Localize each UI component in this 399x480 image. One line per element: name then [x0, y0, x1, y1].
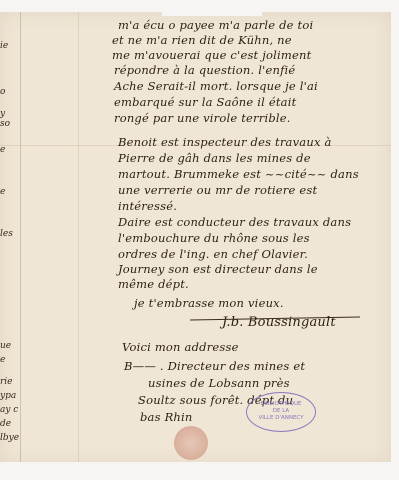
margin-fragment: e: [0, 146, 5, 155]
stamp-line: VILLE D'ANNECY: [247, 415, 315, 422]
margin-fragment: de: [0, 420, 11, 429]
address-intro: Voici mon addresse: [122, 340, 239, 354]
margin-fragment: o: [0, 88, 5, 97]
margin-fragment: ie: [0, 42, 8, 51]
address-line: usines de Lobsann près: [148, 376, 290, 390]
letter-line: rongé par une virole terrible.: [114, 111, 291, 125]
closing-line: je t'embrasse mon vieux.: [134, 296, 284, 310]
letter-line: et ne m'a rien dit de Kühn, ne: [112, 33, 292, 47]
fold-line-vertical-secondary: [78, 12, 79, 464]
wax-seal-mark: [174, 426, 208, 460]
stamp-line: DE LA: [247, 408, 315, 415]
address-line: bas Rhin: [140, 410, 193, 424]
letter-line: m'a écu o payee m'a parle de toi: [118, 18, 313, 32]
letter-line: embarqué sur la Saône il était: [114, 95, 296, 109]
letter-line: Daire est conducteur des travaux dans: [118, 215, 351, 229]
library-stamp: BIBLIOTHÈQUE DE LA VILLE D'ANNECY: [246, 392, 316, 432]
letter-line: intéressé.: [118, 199, 177, 213]
letter-line: Ache Serait-il mort. lorsque je l'ai: [114, 79, 318, 93]
letter-line: ordres de l'ing. en chef Olavier.: [118, 247, 308, 261]
margin-fragment: e: [0, 188, 5, 197]
margin-fragment: e: [0, 356, 5, 365]
fold-line-vertical: [20, 12, 21, 464]
stamp-line: BIBLIOTHÈQUE: [247, 401, 315, 408]
margin-fragment: les: [0, 230, 13, 239]
letter-line: une verrerie ou mr de rotiere est: [118, 183, 317, 197]
margin-fragment: ypa: [0, 392, 16, 401]
letter-line: Pierre de gâh dans les mines de: [118, 151, 311, 165]
letter-line: même dépt.: [118, 277, 189, 291]
margin-fragment: rie: [0, 378, 13, 387]
margin-fragment: y: [0, 110, 5, 119]
letter-line: Journey son est directeur dans le: [118, 262, 318, 276]
margin-fragment: so: [0, 120, 10, 129]
letter-line: Benoit est inspecteur des travaux à: [118, 135, 332, 149]
letter-line: martout. Brummeke est ~~cité~~ dans: [118, 167, 359, 181]
letter-line: me m'avouerai que c'est joliment: [112, 48, 311, 62]
margin-fragment: lbye: [0, 434, 19, 443]
letter-line: répondre à la question. l'enfié: [114, 63, 295, 77]
letter-line: l'embouchure du rhône sous les: [118, 231, 310, 245]
margin-fragment: ue: [0, 342, 11, 351]
address-line: B—— . Directeur des mines et: [124, 359, 305, 373]
torn-bottom-edge: [0, 462, 399, 480]
margin-fragment: ay c: [0, 406, 18, 415]
left-margin-bleed-text: ie o y so e e les ue e rie ypa ay c de l…: [0, 20, 20, 460]
torn-top-edge: [162, 12, 262, 16]
